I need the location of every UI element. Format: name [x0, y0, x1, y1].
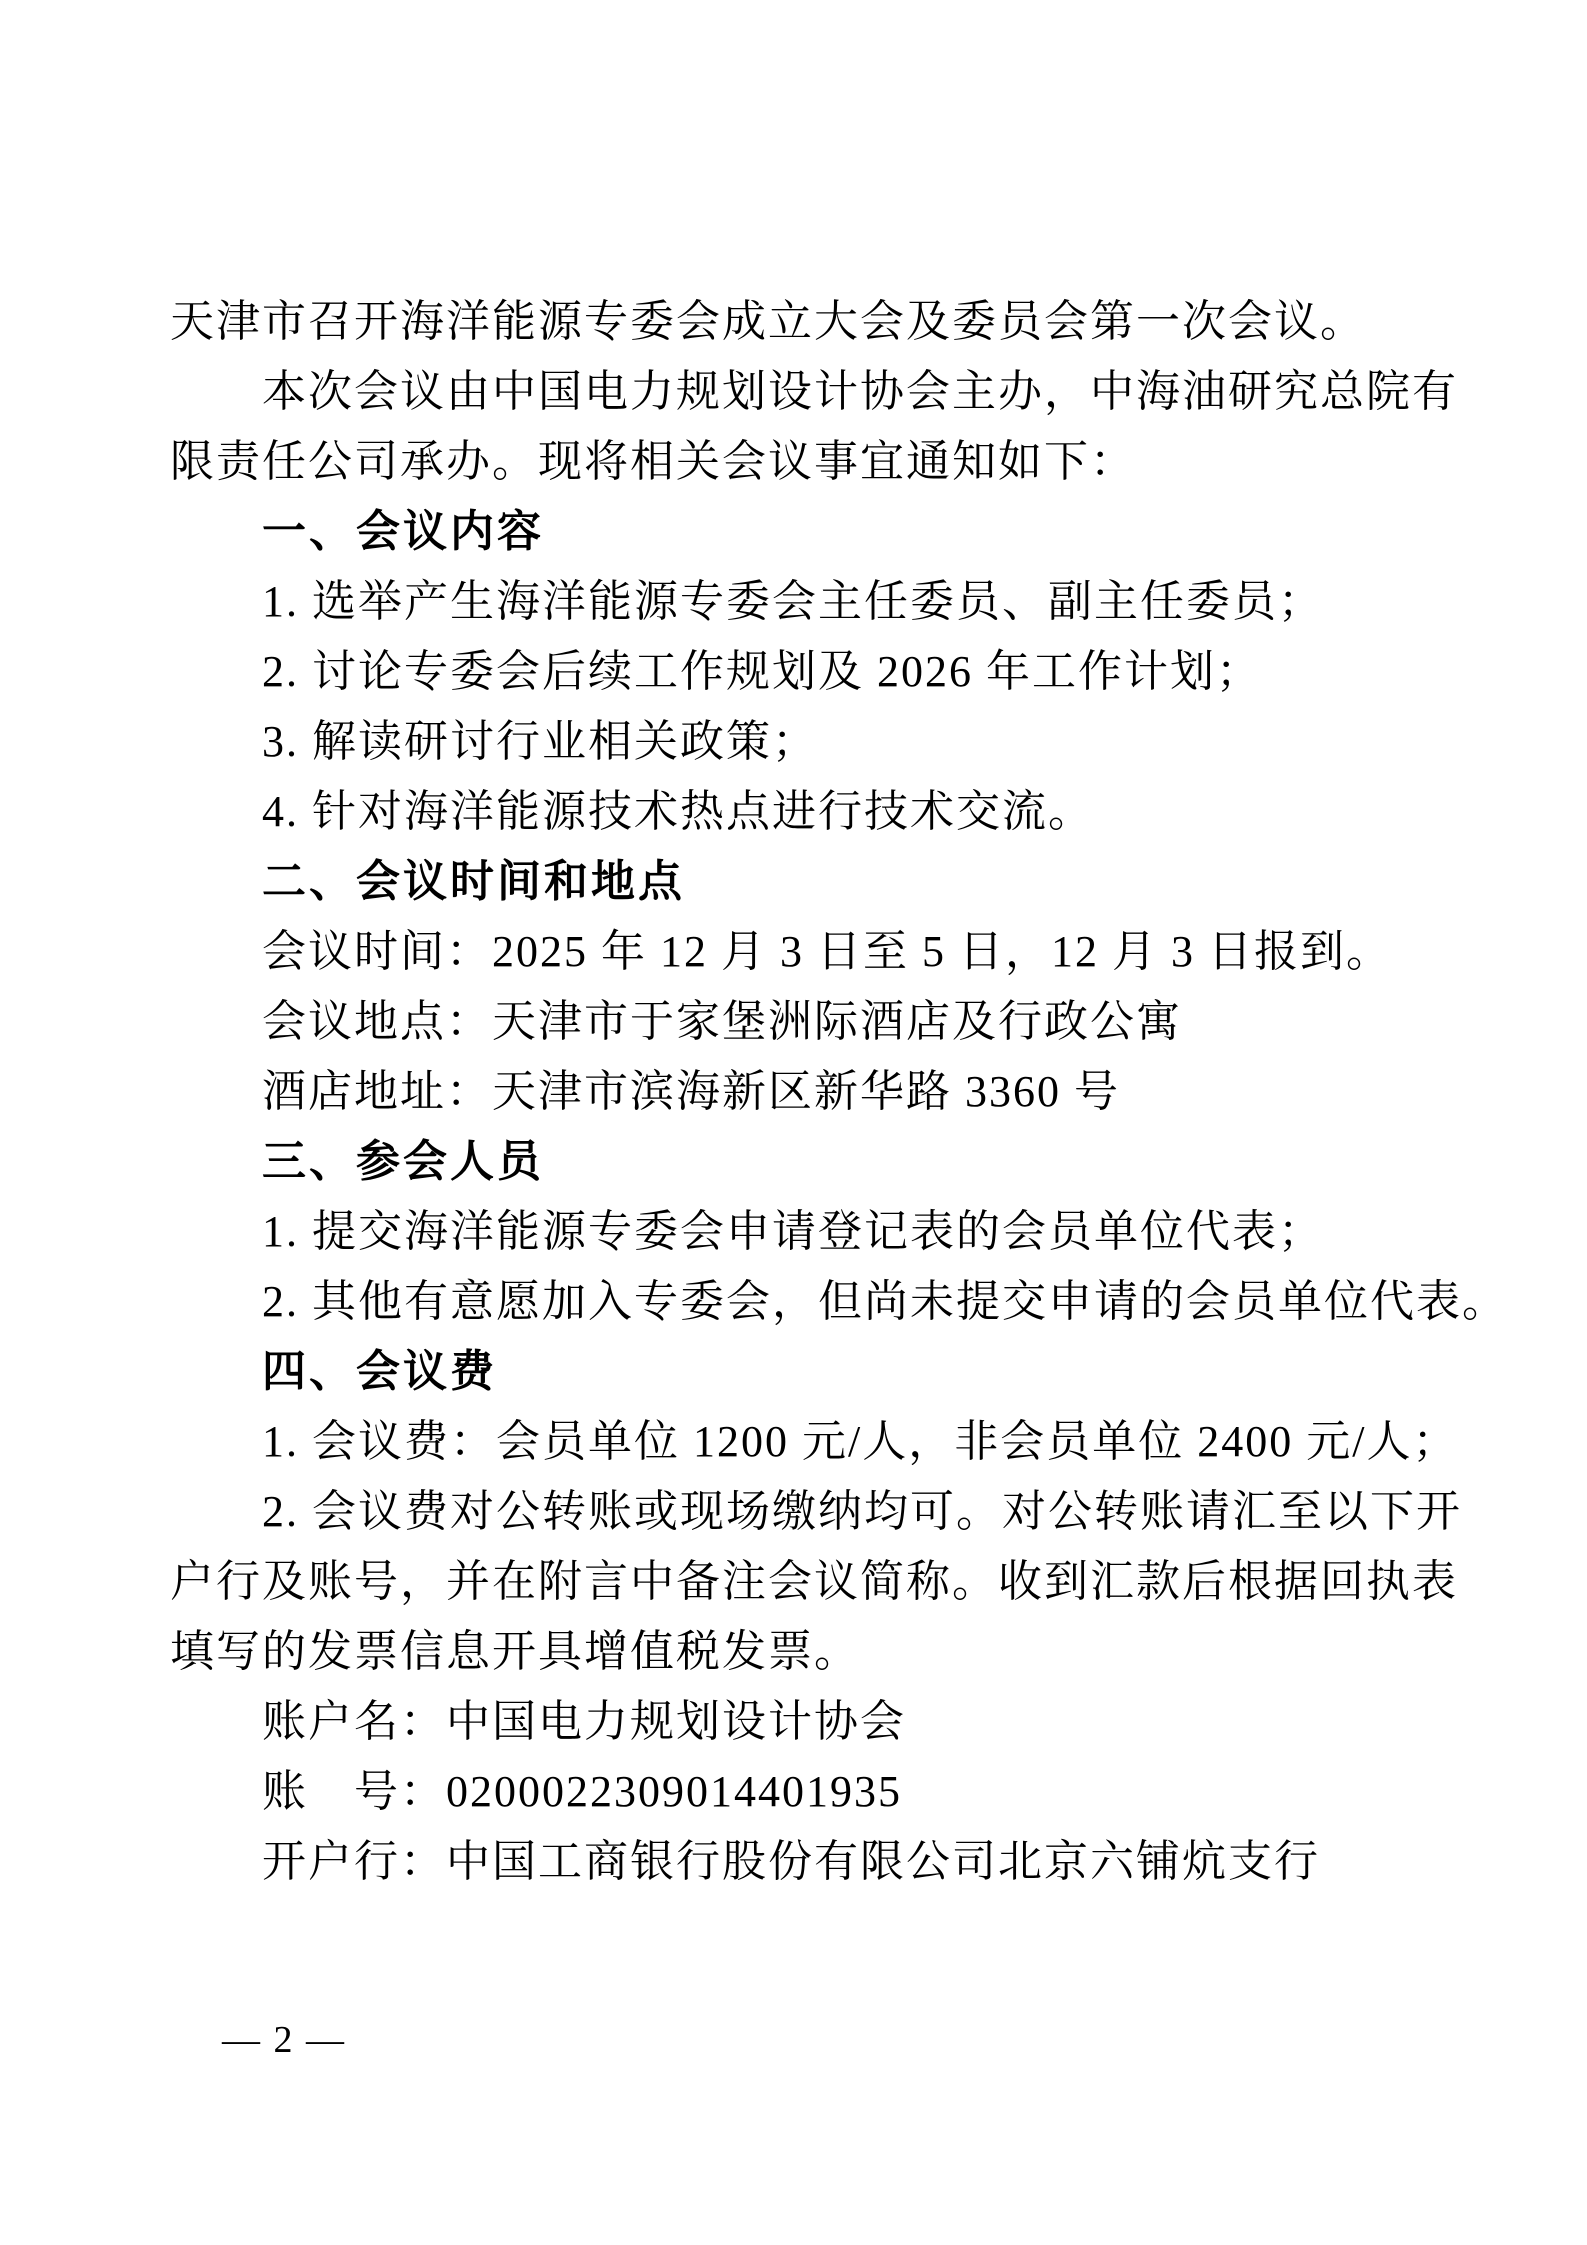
- para-hotel-address: 酒店地址：天津市滨海新区新华路 3360 号: [170, 1057, 1470, 1127]
- section-heading-3-participants: 三、参会人员: [170, 1127, 1470, 1197]
- list-item-fee-2-line-3: 填写的发票信息开具增值税发票。: [170, 1617, 1470, 1687]
- section-heading-2-time-place: 二、会议时间和地点: [170, 847, 1470, 917]
- para-organizer-line-1: 本次会议由中国电力规划设计协会主办，中海油研究总院有: [170, 357, 1470, 427]
- list-item-content-3: 3. 解读研讨行业相关政策；: [170, 707, 1470, 777]
- para-meeting-place: 会议地点：天津市于家堡洲际酒店及行政公寓: [170, 987, 1470, 1057]
- list-item-fee-1: 1. 会议费：会员单位 1200 元/人，非会员单位 2400 元/人；: [170, 1407, 1470, 1477]
- section-heading-1-meeting-content: 一、会议内容: [170, 497, 1470, 567]
- list-item-participants-1: 1. 提交海洋能源专委会申请登记表的会员单位代表；: [170, 1197, 1470, 1267]
- list-item-content-4: 4. 针对海洋能源技术热点进行技术交流。: [170, 777, 1470, 847]
- list-item-content-2: 2. 讨论专委会后续工作规划及 2026 年工作计划；: [170, 637, 1470, 707]
- list-item-fee-2-line-1: 2. 会议费对公转账或现场缴纳均可。对公转账请汇至以下开: [170, 1477, 1470, 1547]
- document-page: 天津市召开海洋能源专委会成立大会及委员会第一次会议。 本次会议由中国电力规划设计…: [0, 0, 1587, 2245]
- document-body: 天津市召开海洋能源专委会成立大会及委员会第一次会议。 本次会议由中国电力规划设计…: [170, 287, 1470, 1897]
- para-organizer-line-2: 限责任公司承办。现将相关会议事宜通知如下：: [170, 427, 1470, 497]
- page-number: — 2 —: [222, 2018, 346, 2062]
- para-account-number: 账 号：0200022309014401935: [170, 1757, 1470, 1827]
- section-heading-4-fee: 四、会议费: [170, 1337, 1470, 1407]
- para-meeting-announcement-end: 天津市召开海洋能源专委会成立大会及委员会第一次会议。: [170, 287, 1470, 357]
- list-item-fee-2-line-2: 户行及账号，并在附言中备注会议简称。收到汇款后根据回执表: [170, 1547, 1470, 1617]
- list-item-content-1: 1. 选举产生海洋能源专委会主任委员、副主任委员；: [170, 567, 1470, 637]
- para-meeting-time: 会议时间：2025 年 12 月 3 日至 5 日，12 月 3 日报到。: [170, 917, 1470, 987]
- para-account-name: 账户名：中国电力规划设计协会: [170, 1687, 1470, 1757]
- para-bank-branch: 开户行：中国工商银行股份有限公司北京六铺炕支行: [170, 1827, 1470, 1897]
- list-item-participants-2: 2. 其他有意愿加入专委会，但尚未提交申请的会员单位代表。: [170, 1267, 1470, 1337]
